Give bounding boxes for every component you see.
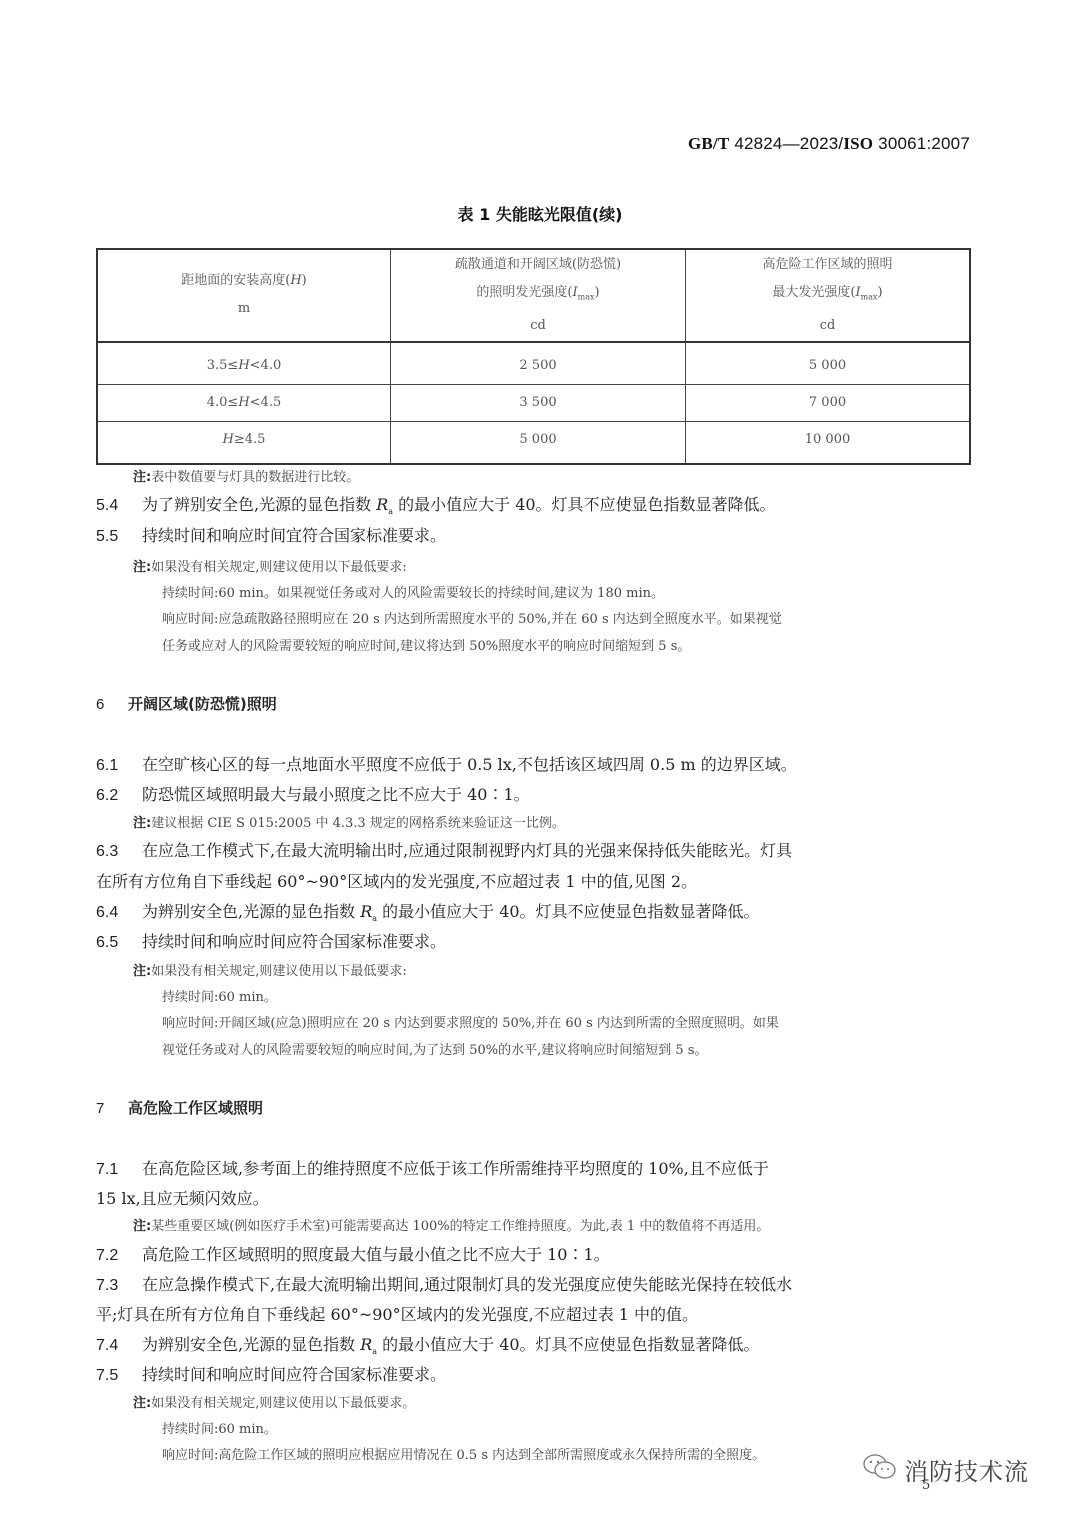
clause-6-3-cont: 在所有方位角自下垂线起 60°~90°区域内的发光强度,不应超过表 1 中的值,… — [96, 869, 697, 892]
standard-prefix: GB/T — [688, 134, 729, 153]
header-mounting-height: 距地面的安装高度(H) m — [97, 249, 391, 342]
table-header-row: 距地面的安装高度(H) m 疏散通道和开阔区域(防恐慌) 的照明发光强度(Ima… — [97, 249, 970, 342]
page-number: 5 — [922, 1478, 930, 1493]
cell-escape: 2 500 — [391, 342, 686, 385]
table-row: 4.0≤H<4.5 3 500 7 000 — [97, 384, 970, 421]
table-note: 注:表中数值要与灯具的数据进行比较。 — [133, 466, 359, 485]
clause-7-3-cont: 平;灯具在所有方位角自下垂线起 60°~90°区域内的发光强度,不应超过表 1 … — [96, 1302, 698, 1325]
iso-prefix: ISO — [843, 134, 873, 153]
table-title: 表 1 失能眩光限值(续) — [0, 202, 1080, 225]
duration-6: 持续时间:60 min。 — [162, 986, 277, 1005]
cell-escape: 5 000 — [391, 421, 686, 464]
wechat-watermark: 消防技术流 — [862, 1452, 1029, 1487]
standard-number: 42824—2023/ — [734, 134, 843, 153]
cell-high-risk: 10 000 — [686, 421, 971, 464]
glare-limits-table: 距地面的安装高度(H) m 疏散通道和开阔区域(防恐慌) 的照明发光强度(Ima… — [96, 248, 971, 465]
response-5-line2: 任务或应对人的风险需要较短的响应时间,建议将达到 50%照度水平的响应时间缩短到… — [162, 635, 690, 654]
cell-height: 4.0≤H<4.5 — [97, 384, 391, 421]
clause-5-4: 5.4为了辨别安全色,光源的显色指数 Ra 的最小值应大于 40。灯具不应使显色… — [96, 492, 776, 516]
duration-7: 持续时间:60 min。 — [162, 1418, 277, 1437]
table-row: 3.5≤H<4.0 2 500 5 000 — [97, 342, 970, 385]
cell-high-risk: 7 000 — [686, 384, 971, 421]
section-7-heading: 7高危险工作区域照明 — [96, 1097, 263, 1118]
response-5-line1: 响应时间:应急疏散路径照明应在 20 s 内达到所需照度水平的 50%,并在 6… — [162, 608, 782, 627]
cell-escape: 3 500 — [391, 384, 686, 421]
cell-height: 3.5≤H<4.0 — [97, 342, 391, 385]
clause-7-1: 7.1在高危险区域,参考面上的维持照度不应低于该工作所需维持平均照度的 10%,… — [96, 1156, 769, 1179]
header-escape-intensity: 疏散通道和开阔区域(防恐慌) 的照明发光强度(Imax) cd — [391, 249, 686, 342]
table-row: H≥4.5 5 000 10 000 — [97, 421, 970, 464]
response-6-line1: 响应时间:开阔区域(应急)照明应在 20 s 内达到要求照度的 50%,并在 6… — [162, 1012, 779, 1031]
clause-6-2: 6.2防恐慌区域照明最大与最小照度之比不应大于 40∶1。 — [96, 782, 530, 805]
section-6-heading: 6开阔区域(防恐慌)照明 — [96, 693, 277, 714]
response-7: 响应时间:高危险工作区域的照明应根据应用情况在 0.5 s 内达到全部所需照度或… — [162, 1444, 765, 1463]
clause-7-4: 7.4为辨别安全色,光源的显色指数 Ra 的最小值应大于 40。灯具不应使显色指… — [96, 1332, 760, 1356]
clause-6-5: 6.5持续时间和响应时间应符合国家标准要求。 — [96, 929, 446, 952]
response-6-line2: 视觉任务或对人的风险需要较短的响应时间,为了达到 50%的水平,建议将响应时间缩… — [162, 1039, 708, 1058]
cell-height: H≥4.5 — [97, 421, 391, 464]
duration-5: 持续时间:60 min。如果视觉任务或对人的风险需要较长的持续时间,建议为 18… — [162, 582, 664, 601]
clause-7-3: 7.3在应急操作模式下,在最大流明输出期间,通过限制灯具的发光强度应使失能眩光保… — [96, 1272, 792, 1295]
iso-number: 30061:2007 — [878, 134, 970, 153]
clause-6-3: 6.3在应急工作模式下,在最大流明输出时,应通过限制视野内灯具的光强来保持低失能… — [96, 838, 792, 861]
wechat-icon — [862, 1453, 898, 1487]
standard-identifier: GB/T 42824—2023/ISO 30061:2007 — [688, 134, 970, 154]
note-7-1: 注:某些重要区域(例如医疗手术室)可能需要高达 100%的特定工作维持照度。为此… — [133, 1215, 769, 1234]
clause-5-5: 5.5持续时间和响应时间宜符合国家标准要求。 — [96, 523, 446, 546]
note-5-5: 注:如果没有相关规定,则建议使用以下最低要求: — [133, 556, 407, 575]
note-6-5: 注:如果没有相关规定,则建议使用以下最低要求: — [133, 960, 407, 979]
header-high-risk-intensity: 高危险工作区域的照明 最大发光强度(Imax) cd — [686, 249, 971, 342]
note-7-5: 注:如果没有相关规定,则建议使用以下最低要求。 — [133, 1392, 415, 1411]
clause-6-4: 6.4为辨别安全色,光源的显色指数 Ra 的最小值应大于 40。灯具不应使显色指… — [96, 899, 760, 923]
clause-7-5: 7.5持续时间和响应时间应符合国家标准要求。 — [96, 1362, 446, 1385]
cell-high-risk: 5 000 — [686, 342, 971, 385]
clause-6-1: 6.1在空旷核心区的每一点地面水平照度不应低于 0.5 lx,不包括该区域四周 … — [96, 752, 797, 775]
clause-7-1-cont: 15 lx,且应无频闪效应。 — [96, 1186, 269, 1209]
clause-7-2: 7.2高危险工作区域照明的照度最大值与最小值之比不应大于 10∶1。 — [96, 1242, 610, 1265]
note-6-2: 注:建议根据 CIE S 015:2005 中 4.3.3 规定的网格系统来验证… — [133, 812, 565, 831]
